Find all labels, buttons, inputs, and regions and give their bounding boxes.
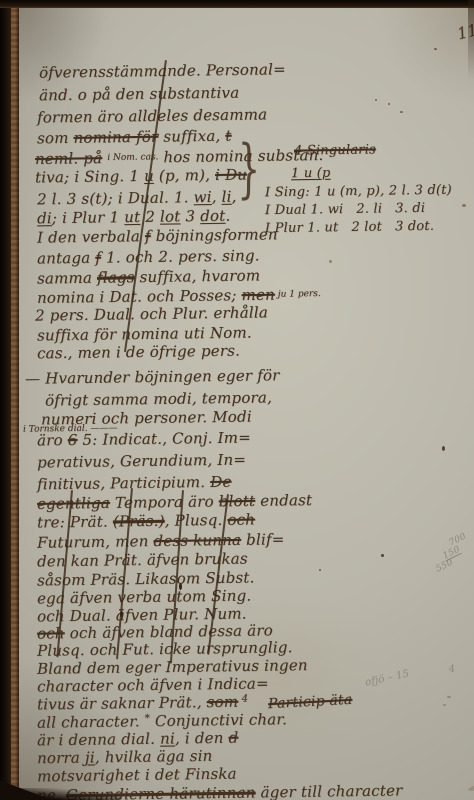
handwriting-segment: äger till character bbox=[255, 781, 402, 800]
manuscript-line: den kan Prät. äfven brukas bbox=[37, 552, 248, 570]
manuscript-line: suffixa för nomina uti Nom. bbox=[37, 326, 252, 344]
pencil-note: ofjö – 15 bbox=[364, 669, 410, 688]
handwriting-segment: di bbox=[37, 209, 52, 227]
paper-speck bbox=[329, 260, 332, 263]
manuscript-line: 2 l. 3 s(t); i Dual. 1. wi, li, bbox=[37, 190, 237, 208]
paper-speck bbox=[442, 446, 445, 451]
handwriting-segment: (Präs.) bbox=[113, 512, 165, 531]
handwriting-segment: ni bbox=[160, 729, 175, 747]
handwriting-segment: Conjunctivi char. bbox=[150, 710, 287, 730]
handwriting-segment: Particip äta bbox=[268, 692, 353, 712]
paper-speck bbox=[381, 554, 384, 557]
handwriting-segment: suffixa, bbox=[158, 127, 225, 146]
manuscript-line: norra ji, hvilka äga sin bbox=[37, 749, 213, 766]
handwriting-segment: — Hvarunder böjningen eger för bbox=[25, 366, 280, 388]
handwriting-segment: tivus är saknar Prät., bbox=[37, 693, 207, 713]
handwriting-segment: samma bbox=[37, 269, 97, 288]
manuscript-line: Futurum, men dess kunna blif= bbox=[37, 532, 285, 550]
handwriting-segment: d bbox=[228, 729, 238, 747]
handwriting-segment: egentliga bbox=[37, 494, 110, 513]
handwriting-segment: li bbox=[221, 188, 231, 206]
paper-speck bbox=[319, 569, 321, 571]
margin-note-line: Particip äta bbox=[268, 693, 353, 711]
handwriting-segment: flags bbox=[97, 268, 135, 287]
handwriting-segment: ut bbox=[124, 208, 140, 226]
manuscript-line: perativus, Gerundium, In= bbox=[37, 453, 246, 471]
handwriting-segment: 4 bbox=[238, 694, 248, 705]
handwriting-segment: i Du bbox=[215, 166, 247, 184]
handwriting-segment: blif= bbox=[241, 530, 285, 549]
handwriting-segment: I Sing: 1 u (m, p), 2 l. 3 d(t) bbox=[265, 183, 452, 201]
handwriting-segment: dot bbox=[200, 207, 226, 225]
handwriting-segment: som bbox=[207, 693, 239, 711]
handwriting-segment: ji bbox=[85, 748, 95, 766]
handwriting-segment: neml. på bbox=[35, 149, 102, 168]
handwriting-segment: ofjö – 15 bbox=[364, 668, 410, 688]
handwriting-segment: nomina för bbox=[73, 128, 158, 147]
handwriting-segment: , hvilka äga sin bbox=[95, 747, 213, 767]
manuscript-line: äro 6 5: Indicat., Conj. Im= bbox=[37, 431, 251, 449]
handwriting-segment: suffixa, hvarom bbox=[134, 266, 260, 286]
handwriting-segment: , i den bbox=[175, 729, 229, 748]
handwriting-segment: Tempora äro bbox=[110, 492, 219, 512]
handwriting-segment: änd. o på den substantiva bbox=[39, 84, 240, 105]
handwriting-segment: äro bbox=[37, 431, 68, 449]
paper-speck bbox=[434, 48, 437, 50]
handwriting-segment: den kan Prät. äfven brukas bbox=[37, 550, 248, 571]
manuscript-line: cas., men i de öfrige pers. bbox=[37, 344, 240, 362]
handwriting-segment: norra bbox=[37, 749, 85, 768]
handwriting-segment: . bbox=[225, 207, 230, 225]
manuscript-line: motsvarighet i det Finska bbox=[37, 767, 237, 785]
manuscript-line: änd. o på den substantiva bbox=[39, 86, 239, 104]
side-note-line: I Plur 1. ut 2 lot 3 dot. bbox=[265, 220, 434, 235]
photo-shadow-top-right bbox=[468, 0, 474, 80]
manuscript-line: tiva; i Sing. 1 u (p, m), i Du bbox=[35, 168, 247, 186]
handwriting-segment: I den verbala bbox=[37, 227, 145, 247]
handwriting-segment: , Plusq. bbox=[165, 511, 228, 530]
paper-speck bbox=[400, 111, 403, 113]
pencil-note: 550 bbox=[435, 559, 455, 575]
manuscript-line: såsom Präs. Likasom Subst. bbox=[37, 570, 255, 588]
handwriting-segment: wi bbox=[193, 188, 211, 206]
underlying-page-edges bbox=[11, 0, 19, 800]
handwriting-segment: cas., men i de öfrige pers. bbox=[37, 342, 240, 363]
handwriting-segment: t bbox=[225, 127, 231, 145]
handwriting-segment: är i denna dial. bbox=[37, 730, 160, 750]
manuscript-line: finitivus, Participium. De bbox=[37, 475, 232, 493]
handwriting-segment: böjningsformen bbox=[151, 225, 278, 245]
handwriting-segment: endast bbox=[255, 491, 312, 510]
handwriting-segment: all character. bbox=[37, 712, 145, 732]
handwriting-segment: , bbox=[212, 188, 222, 206]
handwriting-segment: lot bbox=[160, 207, 181, 225]
handwriting-segment: dess kunna bbox=[153, 531, 241, 550]
manuscript-line: neml. på i Nom. cas. hos nomina substan. bbox=[35, 148, 324, 167]
handwriting-segment: och bbox=[227, 510, 255, 528]
handwriting-segment: formen äro alldeles desamma bbox=[37, 105, 267, 126]
side-note-line: 4 Singularis bbox=[294, 143, 376, 157]
pencil-note: 4 bbox=[448, 665, 456, 676]
handwriting-segment: I Plur 1. ut 2 lot 3 dot. bbox=[265, 219, 434, 236]
paper-speck bbox=[447, 696, 451, 698]
handwriting-segment: 4 Singularis bbox=[294, 142, 376, 158]
manuscript-line: I den verbala f böjningsformen bbox=[37, 227, 278, 245]
handwriting-segment: 1 u (p bbox=[291, 166, 331, 182]
manuscript-line: 2 pers. Dual. och Plur. erhålla bbox=[35, 305, 268, 323]
manuscript-line: formen äro alldeles desamma bbox=[37, 107, 267, 125]
manuscript-line: di; i Plur 1 ut 2 lot 3 dot. bbox=[37, 209, 231, 227]
side-note-line: 1 u (p bbox=[291, 167, 331, 181]
manuscript-line: öfrigt samma modi, tempora, bbox=[45, 390, 272, 408]
paper-speck bbox=[388, 103, 390, 105]
manuscript-line: antaga f 1. och 2. pers. sing. bbox=[37, 248, 260, 266]
handwriting-segment: finitivus, Participium. bbox=[37, 473, 210, 493]
manuscript-line: samma flags suffixa, hvarom bbox=[37, 268, 260, 286]
book-edge-left bbox=[0, 0, 11, 800]
handwriting-segment: ; i Plur 1 bbox=[52, 208, 125, 227]
handwriting-segment: Futurum, men bbox=[37, 532, 154, 552]
paper-speck bbox=[468, 783, 474, 793]
manuscript-line: all character. * Conjunctivi char. bbox=[37, 712, 287, 730]
paper-speck bbox=[462, 204, 466, 207]
manuscript-page: 117 } öfverensstämmande. Personal=änd. o… bbox=[19, 8, 474, 800]
handwriting-segment: tiva; i Sing. 1 bbox=[35, 167, 144, 187]
paper-speck bbox=[120, 611, 123, 617]
handwriting-segment: , bbox=[231, 188, 236, 206]
handwriting-segment: antaga bbox=[37, 249, 96, 268]
manuscript-line: egentliga Tempora äro blott endast bbox=[37, 493, 312, 512]
book-edge-top bbox=[0, 0, 474, 8]
handwriting-segment: blott bbox=[219, 492, 256, 511]
paper-speck bbox=[443, 704, 446, 706]
handwriting-segment: I Dual 1. wi 2. li 3. di bbox=[265, 201, 425, 218]
handwriting-segment: 2 pers. Dual. och Plur. erhålla bbox=[35, 303, 268, 324]
handwriting-segment: 5: Indicat., Conj. Im= bbox=[77, 429, 251, 449]
handwriting-segment: motsvarighet i det Finska bbox=[37, 765, 237, 786]
handwriting-segment: som bbox=[37, 129, 74, 148]
handwriting-segment: 550 bbox=[434, 558, 454, 575]
handwriting-segment: De bbox=[210, 473, 232, 491]
handwriting-segment: perativus, Gerundium, In= bbox=[37, 451, 246, 472]
manuscript-line: som nomina för suffixa, t bbox=[37, 129, 232, 147]
manuscript-line: ega äfven verba utom Sing. bbox=[37, 589, 252, 607]
handwriting-segment: men bbox=[241, 286, 275, 304]
manuscript-line: är i denna dial. ni, i den d bbox=[37, 731, 239, 749]
paper-speck bbox=[179, 583, 182, 590]
side-note-line: I Dual 1. wi 2. li 3. di bbox=[265, 202, 425, 217]
handwriting-segment: tre: Prät. bbox=[37, 512, 113, 531]
handwriting-segment: 1. och 2. pers. sing. bbox=[101, 246, 260, 266]
manuscript-photo: 117 } öfverensstämmande. Personal=änd. o… bbox=[0, 0, 474, 800]
manuscript-line: tivus är saknar Prät., som 4 bbox=[37, 695, 248, 713]
side-note-line: I Sing: 1 u (m, p), 2 l. 3 d(t) bbox=[265, 184, 452, 200]
handwriting-segment: 3 bbox=[180, 207, 200, 225]
manuscript-line: — Hvarunder böjningen eger för bbox=[25, 368, 280, 387]
handwriting-segment: ju 1 pers. bbox=[275, 289, 321, 300]
handwriting-segment: (p, m), bbox=[154, 166, 215, 185]
manuscript-line: nomina i Dat. och Posses; men ju 1 pers. bbox=[37, 287, 321, 306]
paper-speck bbox=[375, 99, 377, 101]
handwriting-segment: öfrigt samma modi, tempora, bbox=[45, 388, 272, 409]
handwriting-segment: 2 l. 3 s(t); i Dual. 1. bbox=[37, 188, 194, 208]
handwriting-segment: 4 bbox=[448, 664, 456, 676]
